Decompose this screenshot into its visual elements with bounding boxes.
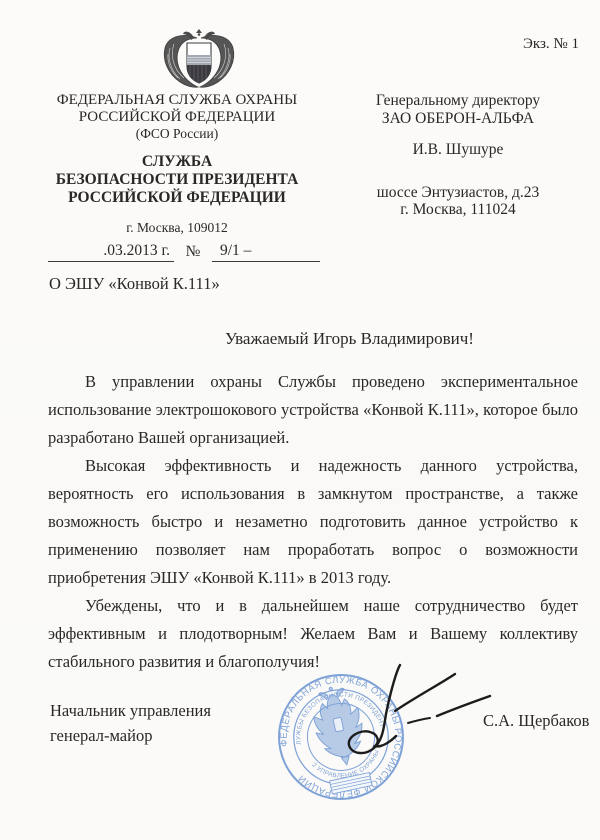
salutation: Уважаемый Игорь Владимирович! <box>225 329 474 349</box>
reference-date: .03.2013 г. <box>48 242 174 262</box>
sender-city: г. Москва, 109012 <box>37 220 317 236</box>
paragraph: Высокая эффективность и надежность данно… <box>48 452 578 592</box>
signer-position: Начальник управления генерал-майор <box>50 698 211 748</box>
reference-line: .03.2013 г. № 9/1 – <box>48 242 320 262</box>
org-name-line: ФЕДЕРАЛЬНАЯ СЛУЖБА ОХРАНЫ <box>37 92 317 109</box>
recipient-address-city: г. Москва, 111024 <box>348 201 568 219</box>
org-name-line: РОССИЙСКОЙ ФЕДЕРАЦИИ <box>37 109 317 126</box>
number-sign: № <box>174 243 212 262</box>
copy-number: Экз. № 1 <box>523 36 579 53</box>
recipient-block: Генеральному директору ЗАО ОБЕРОН-АЛЬФА … <box>348 92 568 219</box>
service-name-line: СЛУЖБА <box>37 153 317 171</box>
signer-position-line: генерал-майор <box>50 723 211 748</box>
letter-body: В управлении охраны Службы проведено экс… <box>48 368 578 676</box>
recipient-title: Генеральному директору <box>348 92 568 110</box>
service-name-line: РОССИЙСКОЙ ФЕДЕРАЦИИ <box>37 189 317 207</box>
recipient-company: ЗАО ОБЕРОН-АЛЬФА <box>348 110 568 128</box>
service-name: СЛУЖБА БЕЗОПАСНОСТИ ПРЕЗИДЕНТА РОССИЙСКО… <box>37 153 317 207</box>
signature-icon <box>338 650 503 768</box>
signer-position-line: Начальник управления <box>50 698 211 723</box>
recipient-address-street: шоссе Энтузиастов, д.23 <box>348 184 568 202</box>
fso-emblem-icon <box>158 27 240 91</box>
letterhead: ФЕДЕРАЛЬНАЯ СЛУЖБА ОХРАНЫ РОССИЙСКОЙ ФЕД… <box>37 92 317 236</box>
signer-name: С.А. Щербаков <box>483 711 589 731</box>
subject-line: О ЭШУ «Конвой К.111» <box>49 274 220 294</box>
letter-page: Экз. № 1 ФЕДЕРАЛЬНАЯ СЛУЖБА ОХРАНЫ РОССИ… <box>0 0 600 840</box>
paragraph: В управлении охраны Службы проведено экс… <box>48 368 578 452</box>
org-short-name: (ФСО России) <box>37 126 317 142</box>
service-name-line: БЕЗОПАСНОСТИ ПРЕЗИДЕНТА <box>37 171 317 189</box>
recipient-name: И.В. Шушуре <box>348 141 568 159</box>
reference-number: 9/1 – <box>212 242 320 262</box>
